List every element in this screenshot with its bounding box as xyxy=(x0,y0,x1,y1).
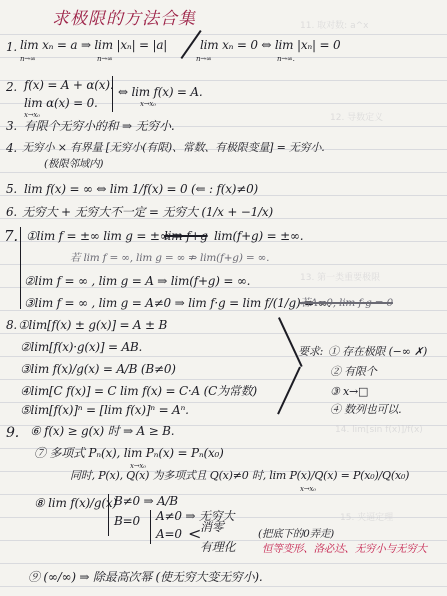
item-9-num: 9. xyxy=(6,426,19,440)
bracket-upper xyxy=(278,317,302,367)
requirement-1: ① 存在极限 (−∞ ✗) xyxy=(328,345,427,359)
item-9-r4-b2a: 消零 xyxy=(200,520,224,534)
item-1-num: 1. xyxy=(6,40,17,54)
item-8-r4: ④lim[C f(x)] = C lim f(x) = C·A (C为常数) xyxy=(20,384,257,398)
item-2-num: 2. xyxy=(6,80,17,94)
item-2-c: ⇔ lim f(x) = A. xyxy=(118,85,202,99)
item-1-sub-c: n→∞ xyxy=(196,52,212,66)
item-9-r1: ⑥ f(x) ≥ g(x) 时 ⇒ A ≥ B. xyxy=(30,424,174,438)
item-7-r1-strike: lim f+g xyxy=(164,229,208,243)
item-3-text: 有限个无穷小的和 ⇒ 无穷小. xyxy=(24,119,175,133)
item-2-brace xyxy=(112,76,113,112)
ghost-text: 12. 导数定义 xyxy=(330,110,383,123)
item-9-r4-b2: A=0 xyxy=(156,527,182,541)
ghost-text: 14. lim[sin f(x)]/f(x) xyxy=(335,425,423,435)
ghost-text: 11. 取对数: a^x xyxy=(300,18,368,31)
item-7-r1-note: 若 lim f = ∞, lim g = ∞ ⇏ lim(f+g) = ∞. xyxy=(70,251,269,265)
item-9-r4-a: B≠0 ⇒ A/B xyxy=(114,494,178,508)
item-7-r2: ②lim f = ∞ , lim g = A ⇒ lim(f+g) = ∞. xyxy=(24,274,250,288)
item-7-r3: ③lim f = ∞ , lim g = A≠0 ⇒ lim f·g = lim… xyxy=(24,296,331,310)
item-4-note: (极限邻域内) xyxy=(44,157,103,171)
item-9-r3-sub: x→x₀ xyxy=(300,482,316,496)
item-3-num: 3. xyxy=(6,119,17,133)
item-4-num: 4. xyxy=(6,141,17,155)
item-8-num: 8. xyxy=(6,318,17,332)
ghost-text: 13. 第一类重要极限 xyxy=(300,270,380,283)
item-9-r4-b2b: 有理化 xyxy=(200,540,235,554)
item-8-r1: ①lim[f(x) ± g(x)] = A ± B xyxy=(18,318,167,332)
item-1-right: lim xₙ = 0 ⇔ lim |xₙ| = 0 xyxy=(200,38,340,52)
item-9-r4-b: B=0 xyxy=(114,514,140,528)
item-9-r3: 同时, P(x), Q(x) 为多项式且 Q(x)≠0 时, lim P(x)/… xyxy=(70,469,409,483)
item-7-brace xyxy=(20,227,21,309)
item-7-r3-strike: 若A=0, lim f·g = 0 xyxy=(300,296,393,310)
requirement-2: ② 有限个 xyxy=(330,365,377,379)
item-8-r5: ⑤lim[f(x)]ⁿ = [lim f(x)]ⁿ = Aⁿ. xyxy=(20,403,189,417)
item-9-r2: ⑦ 多项式 Pₙ(x), lim Pₙ(x) = Pₙ(x₀) xyxy=(34,446,224,460)
item-8-r3: ③lim f(x)/g(x) = A/B (B≠0) xyxy=(20,362,176,376)
item-9-r4-red-note: 恒等变形、洛必达、无穷小与无穷大 xyxy=(262,542,427,556)
item-7-num: 7. xyxy=(4,229,18,243)
item-5-num: 5. xyxy=(6,182,17,196)
item-2-c-sub: x→x₀ xyxy=(140,97,156,111)
item-7-r1: ①lim f = ±∞ lim g = ±∞ ⇒ xyxy=(26,229,183,243)
item-7-r1-end: lim(f+g) = ±∞. xyxy=(214,229,303,243)
requirement-3: ③ x→□ xyxy=(330,385,368,399)
ghost-text: 15. 夹逼定理 xyxy=(340,510,393,523)
item-4-text: 无穷小 × 有界量 [无穷小(有限)、常数、有极限变量] = 无穷小. xyxy=(22,141,325,155)
item-5-text: lim f(x) = ∞ ⇔ lim 1/f(x) = 0 (⇐ : f(x)≠… xyxy=(24,182,258,196)
item-9-brace-inner xyxy=(150,510,151,544)
item-9-r4-lead: ⑧ lim f(x)/g(x) xyxy=(34,496,117,510)
item-6-num: 6. xyxy=(6,205,17,219)
item-1-sub-a: n→∞ xyxy=(20,52,36,66)
page-title: 求极限的方法合集 xyxy=(52,4,196,29)
item-8-r2: ②lim[f(x)·g(x)] = AB. xyxy=(20,340,142,354)
requirements-label: 要求: xyxy=(298,345,323,359)
item-1-left: lim xₙ = a ⇒ lim |xₙ| = |a| xyxy=(20,38,167,52)
item-1-sub-d: n→∞. xyxy=(277,52,295,66)
notebook-page: 11. 取对数: a^x 12. 导数定义 13. 第一类重要极限 14. li… xyxy=(0,0,447,596)
item-9-r5: ⑨ (∞/∞) ⇒ 除最高次幂 (使无穷大变无穷小). xyxy=(28,570,263,584)
item-2-a: f(x) = A + α(x). xyxy=(24,78,113,92)
item-6-text: 无穷大 + 无穷大不一定 = 无穷大 (1/x + −1/x) xyxy=(22,205,273,219)
requirement-4: ④ 数列也可以. xyxy=(330,403,401,417)
bracket-lower xyxy=(277,367,300,415)
item-9-brace-outer xyxy=(108,494,109,536)
item-1-sub-b: n→∞ xyxy=(97,52,113,66)
item-9-r4-note: (把底下的0弄走) xyxy=(258,527,334,541)
